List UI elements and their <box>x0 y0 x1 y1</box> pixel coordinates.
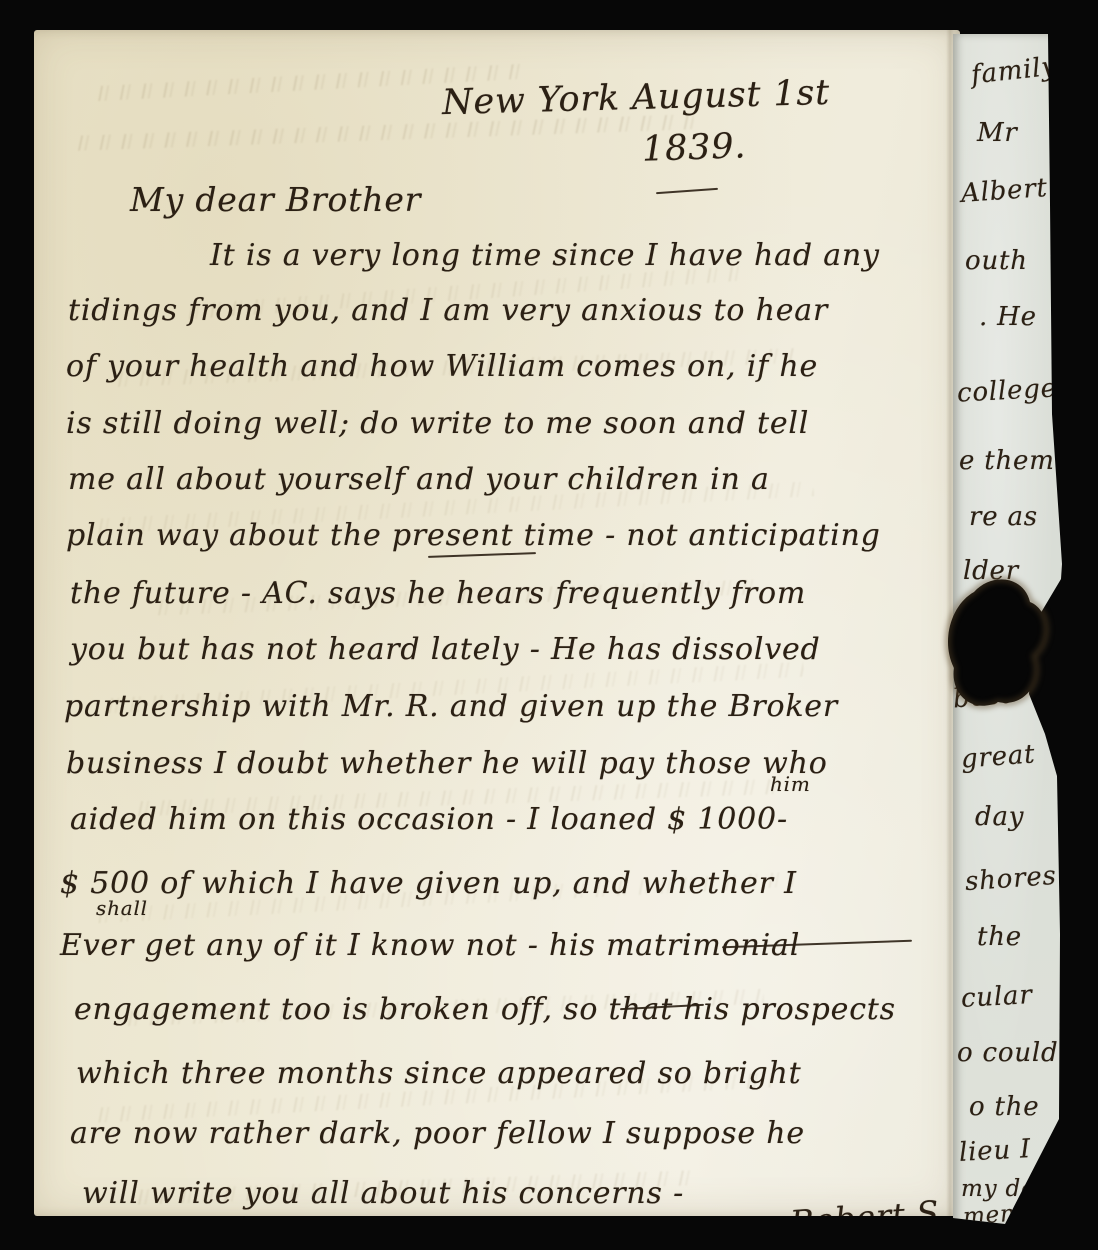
strip-fragment: e them <box>959 446 1055 476</box>
strip-fragment: family <box>970 52 1059 91</box>
letter-page: New York August 1st 1839. My dear Brothe… <box>34 30 960 1216</box>
letter-line: tidings from you, and I am very anxious … <box>68 293 828 328</box>
letter-line: me all about yourself and your children … <box>68 462 770 497</box>
letter-line: engagement too is broken off, so that hi… <box>74 992 896 1027</box>
strip-fragment: lder <box>963 556 1019 586</box>
paper-crease <box>946 30 954 1216</box>
letter-line: business I doubt whether he will pay tho… <box>66 746 828 781</box>
ghost-writing <box>74 114 694 151</box>
dateline-place: New York August 1st <box>442 73 831 123</box>
strip-fragment: o could <box>957 1038 1058 1068</box>
letter-line: of your health and how William comes on,… <box>66 349 818 384</box>
year-flourish-underline <box>656 188 718 194</box>
strip-fragment: college <box>956 373 1057 408</box>
strip-fragment: lieu I <box>958 1134 1032 1168</box>
letter-line: will write you all about his concerns - <box>82 1176 684 1211</box>
signature: Robert S. <box>789 1192 951 1216</box>
strip-fragment: . He <box>979 302 1037 332</box>
letter-line: which three months since appeared so bri… <box>76 1056 801 1091</box>
letter-line: plain way about the present time - not a… <box>66 518 881 553</box>
strip-fragment: shores <box>964 861 1058 897</box>
letter-line: Ever get any of it I know not - his matr… <box>60 928 800 963</box>
strip-fragment: outh <box>965 246 1028 276</box>
strip-fragment: re as <box>969 502 1038 532</box>
dateline-year: 1839. <box>641 126 747 170</box>
letter-line: aided him on this occasion - I loaned $ … <box>70 802 788 837</box>
strip-fragment: the <box>977 922 1022 952</box>
strip-fragment: Albert <box>960 173 1049 209</box>
strip-fragment: day <box>975 802 1024 832</box>
letter-line: you but has not heard lately - He has di… <box>70 632 821 667</box>
strip-fragment: o the <box>969 1092 1040 1122</box>
strip-fragment: my dear <box>961 1176 1062 1202</box>
strip-fragment: cular <box>960 980 1033 1014</box>
strip-fragment: best <box>952 679 1013 714</box>
letter-line: the future - AC. says he hears frequentl… <box>70 576 806 611</box>
letter-line: are now rather dark, poor fellow I suppo… <box>70 1116 805 1151</box>
letter-line: is still doing well; do write to me soon… <box>66 406 809 441</box>
superscript-shall: shall <box>96 896 148 920</box>
strip-fragment: Mr <box>977 118 1018 148</box>
superscript-him: him <box>770 772 811 796</box>
letter-line: It is a very long time since I have had … <box>210 238 880 273</box>
strip-fragment: great <box>960 739 1036 774</box>
letter-scan: New York August 1st 1839. My dear Brothe… <box>0 0 1098 1250</box>
letter-line: $ 500 of which I have given up, and whet… <box>60 866 797 901</box>
letter-line: partnership with Mr. R. and given up the… <box>64 689 838 724</box>
second-page-strip: family Mr Albert outh . He college e the… <box>953 34 1065 1226</box>
strip-fragment: meny <box>962 1200 1030 1231</box>
salutation: My dear Brother <box>130 180 421 219</box>
